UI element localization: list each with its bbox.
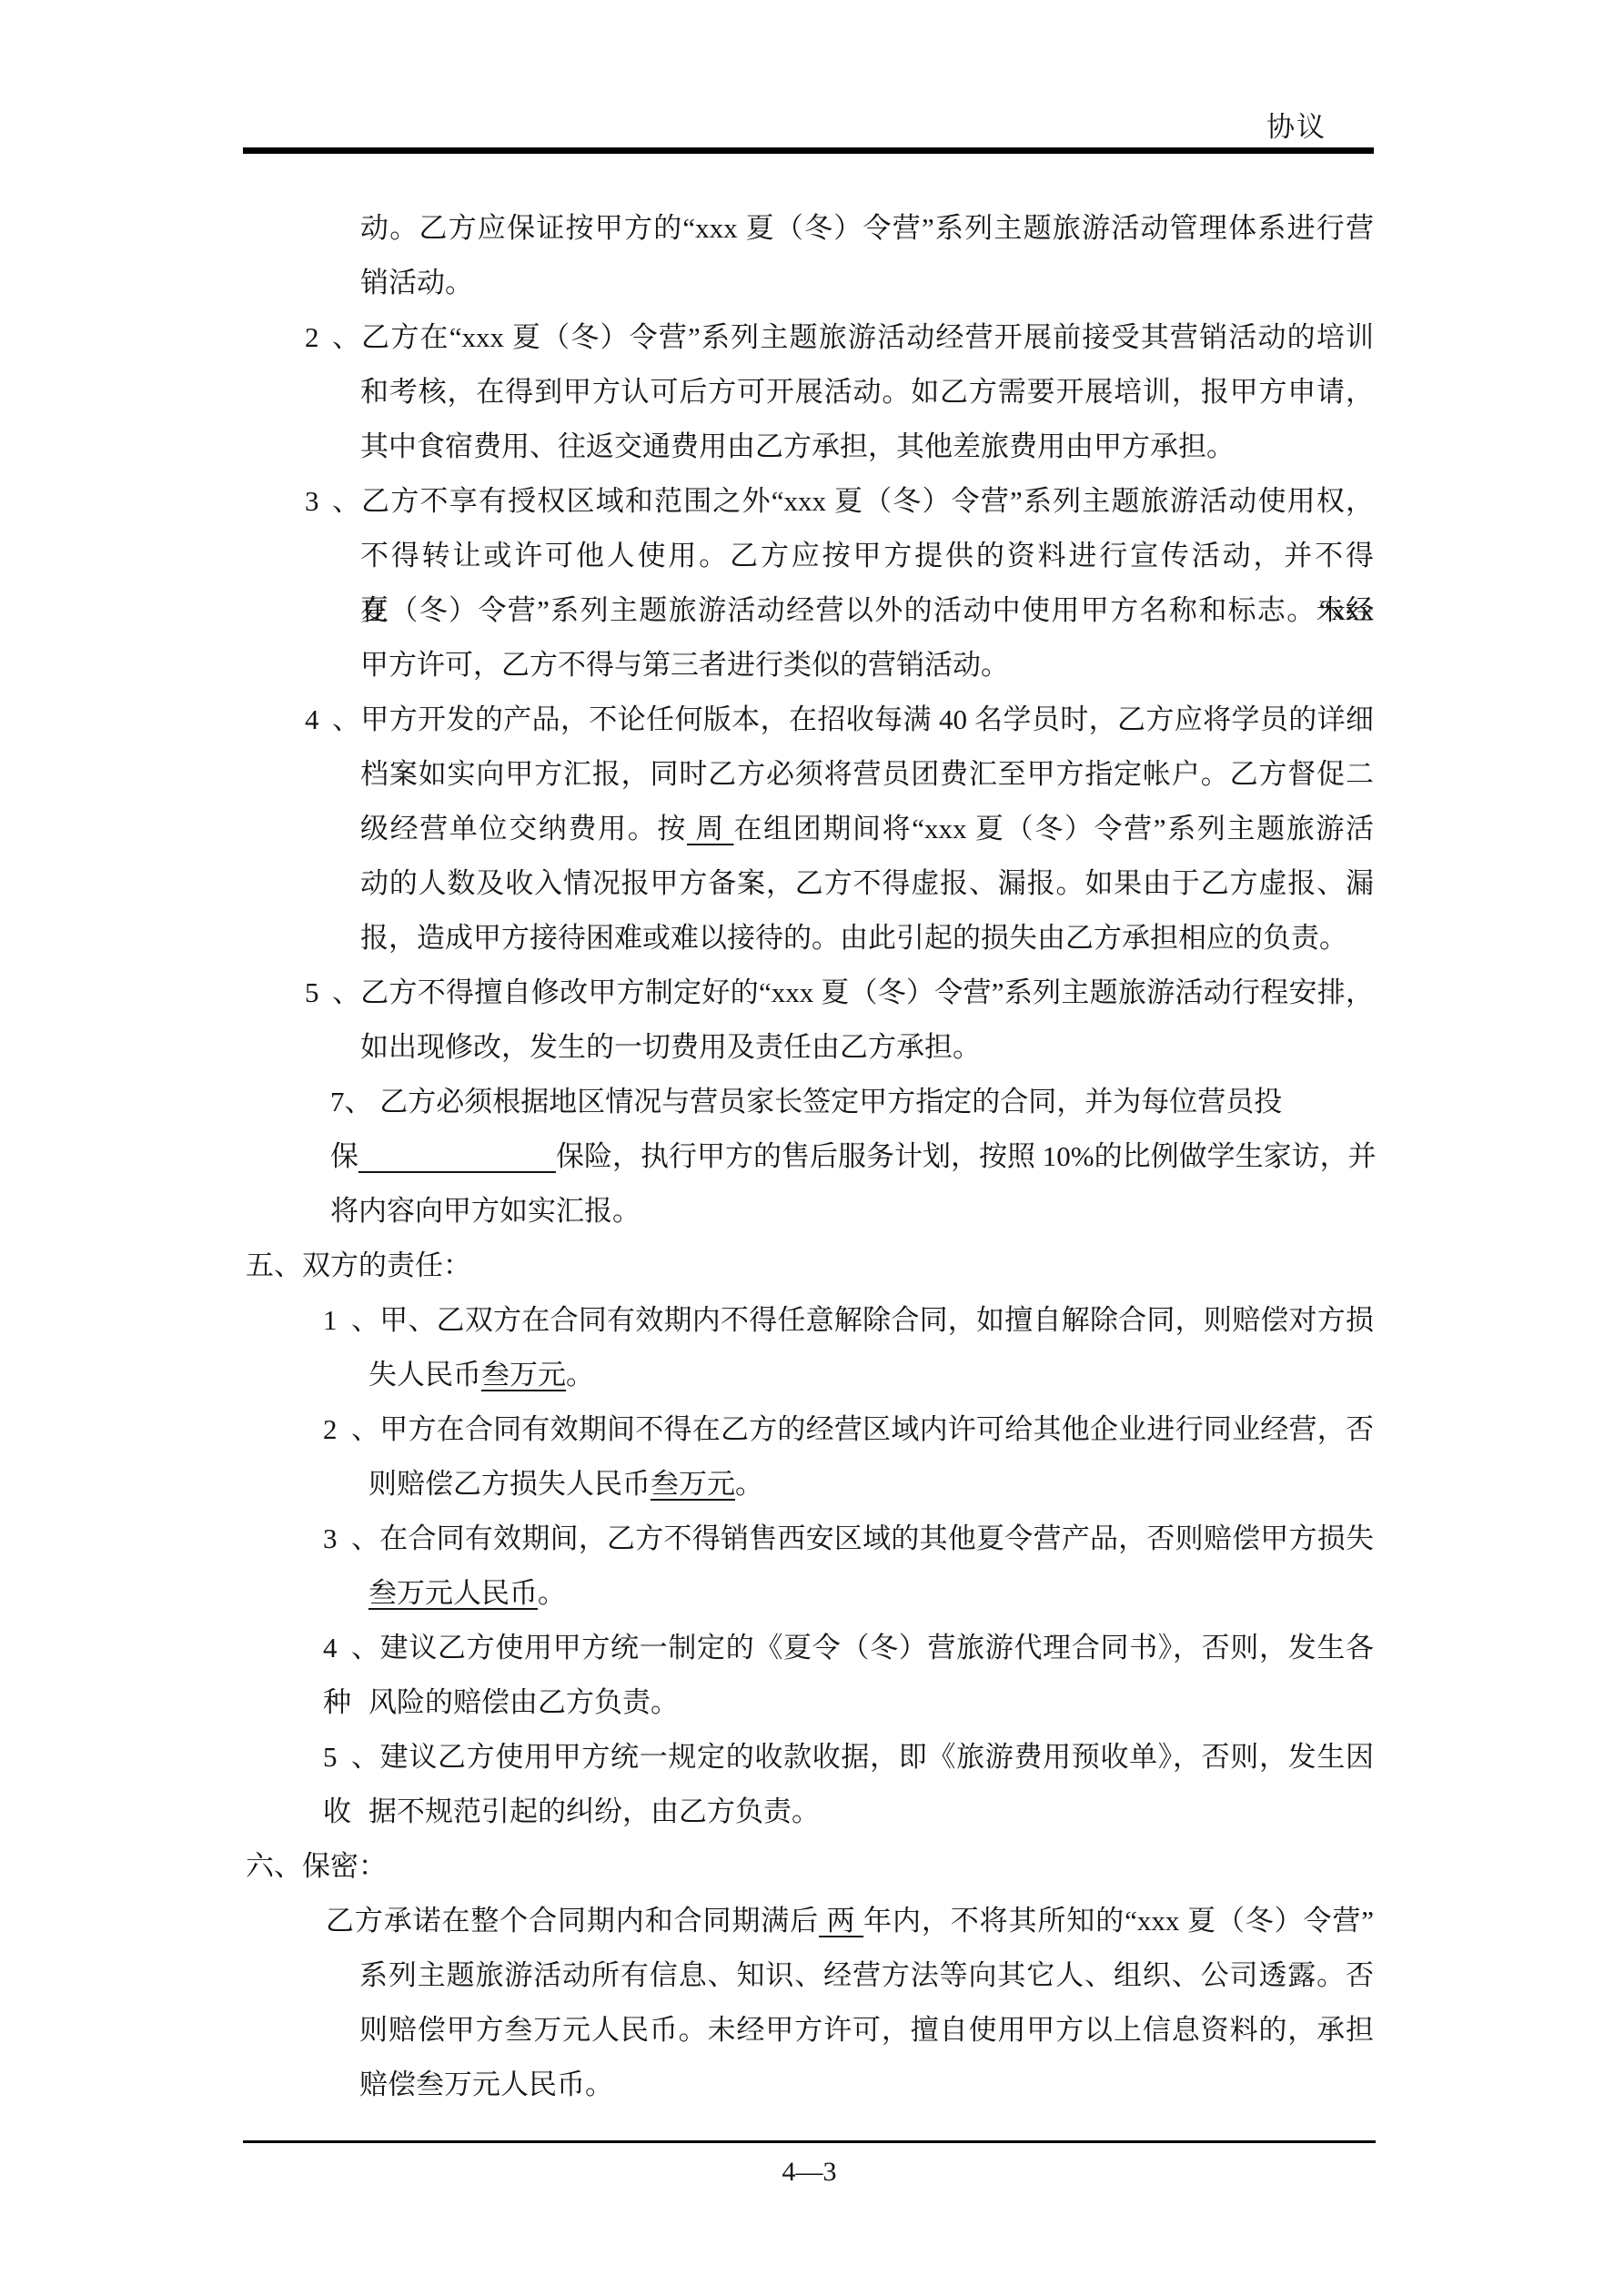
text-segment: 失人民币 bbox=[368, 1359, 481, 1391]
text-segment: 保险，执行甲方的售后服务计划，按照 10%的比例做学生家访，并 bbox=[556, 1140, 1377, 1172]
document-line: 5、建议乙方使用甲方统一规定的收款收据，即《旅游费用预收单》，否则，发生因收 bbox=[323, 1730, 1374, 1785]
list-item-number: 2、 bbox=[305, 310, 360, 365]
document-line: 甲方许可，乙方不得与第三者进行类似的营销活动。 bbox=[360, 638, 1374, 693]
document-line: 如出现修改，发生的一切费用及责任由乙方承担。 bbox=[360, 1020, 1374, 1075]
list-item-number: 4、 bbox=[323, 1621, 379, 1675]
page-title: 协议 bbox=[1266, 109, 1326, 146]
document-line: 失人民币叁万元。 bbox=[368, 1348, 1374, 1402]
header-rule bbox=[243, 147, 1374, 154]
document-line: 4、建议乙方使用甲方统一制定的《夏令（冬）营旅游代理合同书》，否则，发生各种 bbox=[323, 1621, 1374, 1675]
document-line: 则赔偿乙方损失人民币叁万元。 bbox=[368, 1457, 1374, 1512]
text-segment: 甲方开发的产品，不论任何版本，在招收每满 40 名学员时，乙方应将学员的详细 bbox=[360, 703, 1374, 735]
document-line: 3、乙方不享有授权区域和范围之外“xxx 夏（冬）令营”系列主题旅游活动使用权， bbox=[305, 474, 1374, 529]
document-line: 五、双方的责任： bbox=[246, 1239, 1374, 1293]
document-line: 动的人数及收入情况报甲方备案，乙方不得虚报、漏报。如果由于乙方虚报、漏 bbox=[360, 856, 1374, 911]
text-segment: 报，造成甲方接待困难或难以接待的。由此引起的损失由乙方承担相应的负责。 bbox=[360, 922, 1347, 954]
text-segment: 甲、乙双方在合同有效期内不得任意解除合同，如擅自解除合同，则赔偿对方损 bbox=[379, 1304, 1374, 1336]
text-segment: 甲方在合同有效期间不得在乙方的经营区域内许可给其他企业进行同业经营，否 bbox=[379, 1413, 1374, 1445]
text-segment: 系列主题旅游活动所有信息、知识、经营方法等向其它人、组织、公司透露。否 bbox=[359, 1959, 1374, 1991]
document-line: 夏（冬）令营”系列主题旅游活动经营以外的活动中使用甲方名称和标志。未经 bbox=[360, 583, 1374, 638]
document-line: 和考核，在得到甲方认可后方可开展活动。如乙方需要开展培训，报甲方申请， bbox=[360, 365, 1374, 420]
document-line: 7、 乙方必须根据地区情况与营员家长签定甲方指定的合同，并为每位营员投 bbox=[330, 1075, 1374, 1129]
text-segment: 档案如实向甲方汇报，同时乙方必须将营员团费汇至甲方指定帐户。乙方督促二 bbox=[360, 758, 1374, 790]
page-number: 4—3 bbox=[243, 2153, 1376, 2191]
document-line: 将内容向甲方如实汇报。 bbox=[330, 1184, 1374, 1239]
list-item-number: 5、 bbox=[305, 966, 360, 1020]
list-item-number: 3、 bbox=[305, 474, 360, 529]
text-segment: 六、保密： bbox=[246, 1850, 387, 1882]
document-line: 保 保险，执行甲方的售后服务计划，按照 10%的比例做学生家访，并 bbox=[330, 1129, 1374, 1184]
footer-rule bbox=[243, 2140, 1376, 2143]
list-item-number: 4、 bbox=[305, 693, 360, 747]
text-segment: 动的人数及收入情况报甲方备案，乙方不得虚报、漏报。如果由于乙方虚报、漏 bbox=[360, 867, 1374, 899]
text-segment: 动。乙方应保证按甲方的“xxx 夏（冬）令营”系列主题旅游活动管理体系进行营 bbox=[360, 212, 1374, 244]
document-line: 不得转让或许可他人使用。乙方应按甲方提供的资料进行宣传活动，并不得在“xxx bbox=[360, 529, 1374, 583]
text-segment: 乙方承诺在整个合同期内和合同期满后 bbox=[326, 1905, 819, 1937]
text-segment: 乙方不享有授权区域和范围之外“xxx 夏（冬）令营”系列主题旅游活动使用权， bbox=[360, 485, 1374, 517]
document-line: 1、甲、乙双方在合同有效期内不得任意解除合同，如擅自解除合同，则赔偿对方损 bbox=[323, 1293, 1374, 1348]
text-segment: 赔偿叁万元人民币。 bbox=[359, 2068, 613, 2100]
list-item-number: 1、 bbox=[323, 1293, 379, 1348]
document-line: 六、保密： bbox=[246, 1839, 1374, 1894]
text-segment: 甲方许可，乙方不得与第三者进行类似的营销活动。 bbox=[360, 649, 1009, 681]
text-segment: 据不规范引起的纠纷，由乙方负责。 bbox=[368, 1795, 820, 1827]
document-line: 2、乙方在“xxx 夏（冬）令营”系列主题旅游活动经营开展前接受其营销活动的培训 bbox=[305, 310, 1374, 365]
text-segment: 。 bbox=[538, 1577, 566, 1609]
document-line: 据不规范引起的纠纷，由乙方负责。 bbox=[368, 1785, 1374, 1839]
document-body: 动。乙方应保证按甲方的“xxx 夏（冬）令营”系列主题旅游活动管理体系进行营销活… bbox=[243, 201, 1374, 2112]
list-item-number: 5、 bbox=[323, 1730, 379, 1785]
text-segment: 。 bbox=[566, 1359, 594, 1391]
document-line: 赔偿叁万元人民币。 bbox=[359, 2058, 1374, 2112]
document-line: 叁万元人民币。 bbox=[368, 1566, 1374, 1621]
document-line: 报，造成甲方接待困难或难以接待的。由此引起的损失由乙方承担相应的负责。 bbox=[360, 911, 1374, 966]
document-line: 则赔偿甲方叁万元人民币。未经甲方许可，擅自使用甲方以上信息资料的，承担 bbox=[359, 2003, 1374, 2058]
document-line: 系列主题旅游活动所有信息、知识、经营方法等向其它人、组织、公司透露。否 bbox=[359, 1948, 1374, 2003]
text-segment: 五、双方的责任： bbox=[246, 1249, 471, 1281]
underlined-text: 叁万元人民币 bbox=[368, 1577, 538, 1609]
text-segment: 和考核，在得到甲方认可后方可开展活动。如乙方需要开展培训，报甲方申请， bbox=[360, 376, 1374, 408]
document-line: 销活动。 bbox=[360, 256, 1374, 310]
text-segment: 风险的赔偿由乙方负责。 bbox=[368, 1686, 679, 1718]
text-segment: 级经营单位交纳费用。按 bbox=[360, 813, 687, 845]
text-segment: 如出现修改，发生的一切费用及责任由乙方承担。 bbox=[360, 1031, 981, 1063]
document-line: 5、乙方不得擅自修改甲方制定好的“xxx 夏（冬）令营”系列主题旅游活动行程安排… bbox=[305, 966, 1374, 1020]
underlined-text: 周 bbox=[687, 813, 733, 845]
text-segment: 将内容向甲方如实汇报。 bbox=[330, 1195, 641, 1227]
text-segment: 销活动。 bbox=[360, 267, 473, 298]
document-line: 其中食宿费用、往返交通费用由乙方承担，其他差旅费用由甲方承担。 bbox=[360, 420, 1374, 474]
document-line: 风险的赔偿由乙方负责。 bbox=[368, 1675, 1374, 1730]
underlined-text: 叁万元 bbox=[481, 1359, 566, 1391]
text-segment: 则赔偿乙方损失人民币 bbox=[368, 1468, 651, 1500]
text-segment: 在合同有效期间，乙方不得销售西安区域的其他夏令营产品，否则赔偿甲方损失 bbox=[379, 1522, 1374, 1554]
list-item-number: 3、 bbox=[323, 1512, 379, 1566]
text-segment: 保 bbox=[330, 1140, 358, 1172]
document-line: 动。乙方应保证按甲方的“xxx 夏（冬）令营”系列主题旅游活动管理体系进行营 bbox=[360, 201, 1374, 256]
document-page: 协议 动。乙方应保证按甲方的“xxx 夏（冬）令营”系列主题旅游活动管理体系进行… bbox=[0, 0, 1624, 2296]
underlined-text bbox=[358, 1140, 556, 1172]
document-line: 档案如实向甲方汇报，同时乙方必须将营员团费汇至甲方指定帐户。乙方督促二 bbox=[360, 747, 1374, 802]
text-segment: 。 bbox=[735, 1468, 763, 1500]
text-segment: 乙方在“xxx 夏（冬）令营”系列主题旅游活动经营开展前接受其营销活动的培训 bbox=[360, 321, 1374, 353]
underlined-text: 叁万元 bbox=[651, 1468, 735, 1500]
text-segment: 年内，不将其所知的“xxx 夏（冬）令营” bbox=[863, 1905, 1374, 1937]
text-segment: 夏（冬）令营”系列主题旅游活动经营以外的活动中使用甲方名称和标志。未经 bbox=[360, 594, 1374, 626]
document-line: 3、在合同有效期间，乙方不得销售西安区域的其他夏令营产品，否则赔偿甲方损失 bbox=[323, 1512, 1374, 1566]
document-line: 2、甲方在合同有效期间不得在乙方的经营区域内许可给其他企业进行同业经营，否 bbox=[323, 1402, 1374, 1457]
text-segment: 则赔偿甲方叁万元人民币。未经甲方许可，擅自使用甲方以上信息资料的，承担 bbox=[359, 2014, 1374, 2046]
document-line: 4、甲方开发的产品，不论任何版本，在招收每满 40 名学员时，乙方应将学员的详细 bbox=[305, 693, 1374, 747]
list-item-number: 2、 bbox=[323, 1402, 379, 1457]
text-segment: 乙方不得擅自修改甲方制定好的“xxx 夏（冬）令营”系列主题旅游活动行程安排， bbox=[360, 976, 1374, 1008]
text-segment: 其中食宿费用、往返交通费用由乙方承担，其他差旅费用由甲方承担。 bbox=[360, 430, 1235, 462]
document-line: 级经营单位交纳费用。按 周 在组团期间将“xxx 夏（冬）令营”系列主题旅游活 bbox=[360, 802, 1374, 856]
text-segment: 在组团期间将“xxx 夏（冬）令营”系列主题旅游活 bbox=[733, 813, 1374, 845]
text-segment: 7、 乙方必须根据地区情况与营员家长签定甲方指定的合同，并为每位营员投 bbox=[330, 1086, 1282, 1118]
document-line: 乙方承诺在整个合同期内和合同期满后 两 年内，不将其所知的“xxx 夏（冬）令营… bbox=[326, 1894, 1374, 1948]
underlined-text: 两 bbox=[819, 1905, 863, 1937]
